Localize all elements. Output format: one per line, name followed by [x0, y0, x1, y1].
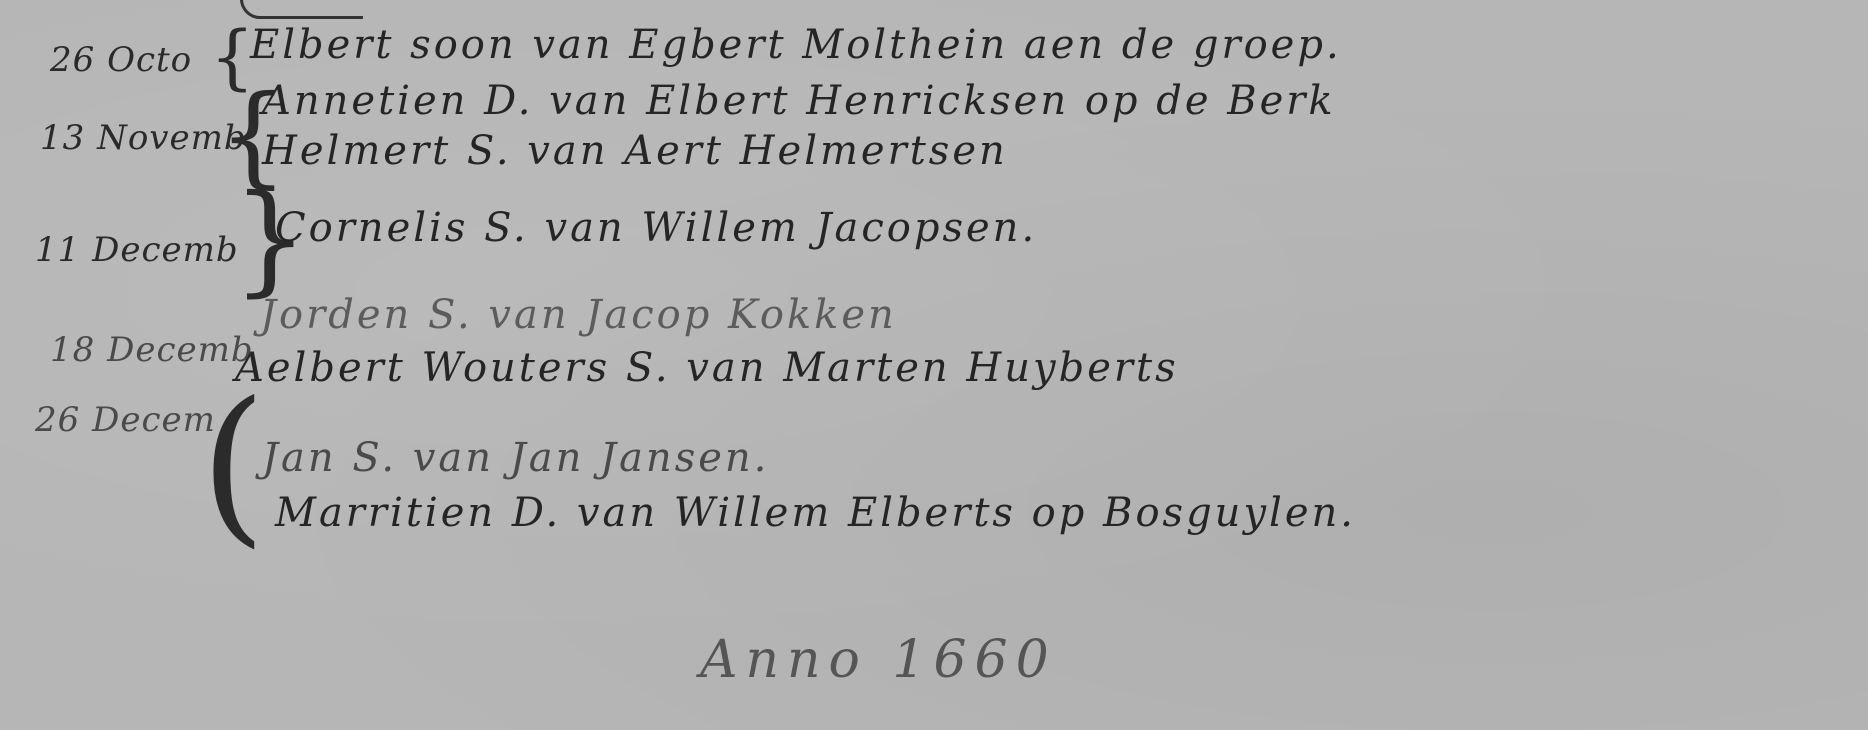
entry-line: Annetien D. van Elbert Henricksen op de …: [262, 78, 1336, 124]
entry-line: Jorden S. van Jacop Kokken: [260, 292, 897, 338]
entry-date: 13 Novemb: [40, 118, 247, 158]
entry-line: Jan S. van Jan Jansen.: [262, 435, 769, 481]
register-page: 26 Octo { Elbert soon van Egbert Molthei…: [0, 0, 1868, 730]
entry-date: 11 Decemb: [35, 230, 239, 270]
entry-line: Cornelis S. van Willem Jacopsen.: [275, 205, 1037, 251]
entry-line: Elbert soon van Egbert Molthein aen de g…: [250, 22, 1342, 68]
entry-line: Helmert S. van Aert Helmertsen: [262, 128, 1008, 174]
entry-line: Aelbert Wouters S. van Marten Huyberts: [235, 345, 1179, 391]
year-footer: Anno 1660: [700, 630, 1057, 690]
entry-line: Marritien D. van Willem Elberts op Bosgu…: [275, 490, 1356, 536]
previous-entry-fragment: [240, 0, 363, 19]
entry-date: 18 Decemb: [50, 330, 254, 370]
brace-icon: (: [200, 380, 266, 550]
entry-date: 26 Decem: [35, 400, 216, 440]
entry-date: 26 Octo: [50, 40, 192, 80]
